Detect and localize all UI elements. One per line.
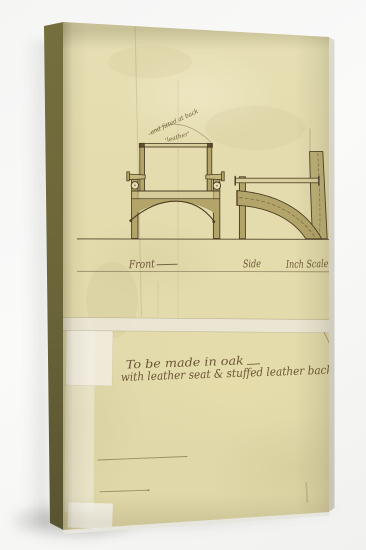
canvas-left-shadow [24,40,48,526]
product-photo-background: and fitted at back 'leather' Front Side … [0,0,366,550]
